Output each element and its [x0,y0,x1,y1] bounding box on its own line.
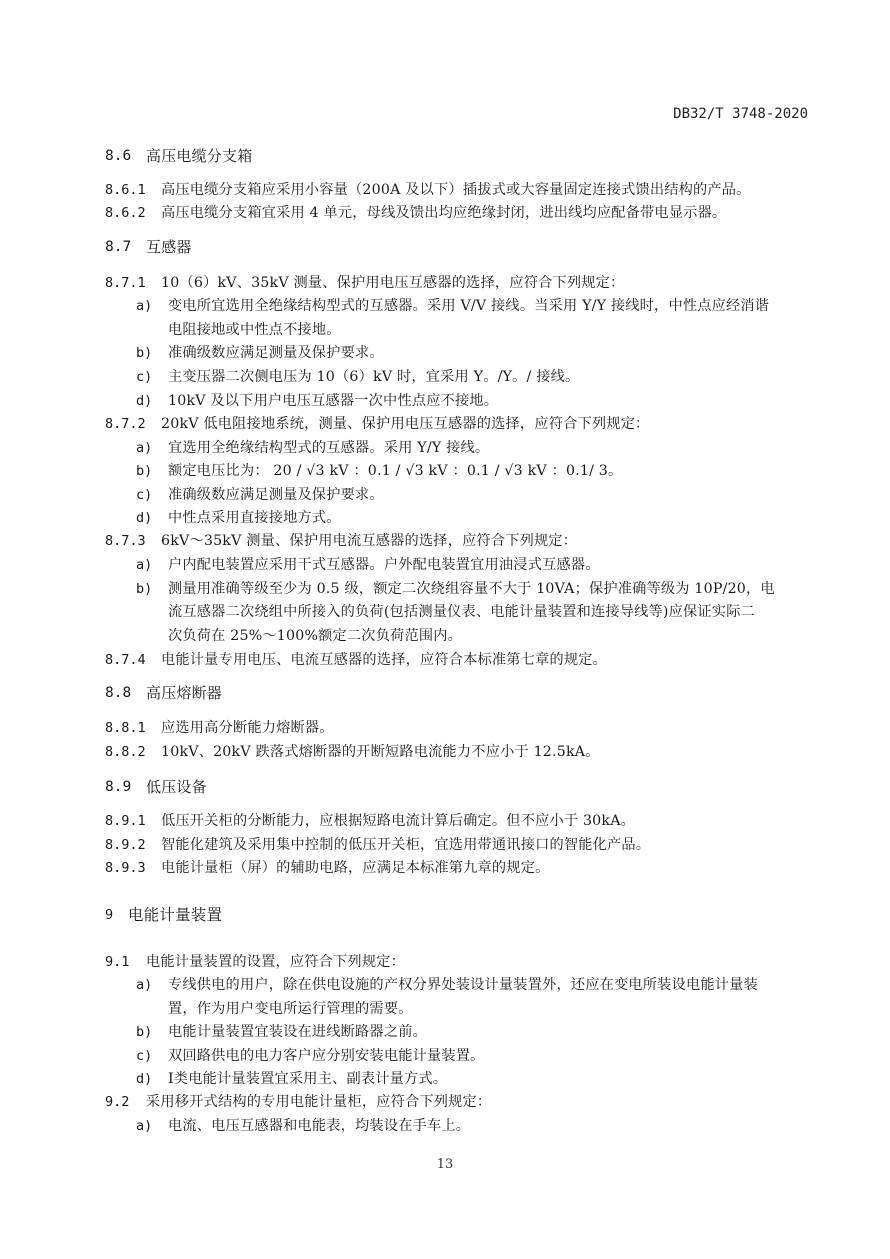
clause-number: b) [136,461,152,481]
clause-text: 高压电缆分支箱 [146,146,252,166]
clause-number: a) [136,555,152,575]
clause-text: 高压熔断器 [146,683,222,703]
clause-text: 电能计量装置 [128,905,222,925]
clause-number: d) [136,508,152,528]
clause-text: 低压设备 [146,777,207,797]
clause-text: 电能计量柜（屏）的辅助电路，应满足本标准第九章的规定。 [161,858,549,878]
clause-text: 测量用准确等级至少为 0.5 级，额定二次绕组容量不大于 10VA；保护准确等级… [168,579,775,599]
clause-text: 电流、电压互感器和电能表，均装设在手车上。 [168,1116,470,1136]
clause-number: 9.1 [105,952,129,972]
clause-number: 8.9.1 [105,811,146,831]
clause-number: 8.7.2 [105,414,146,434]
clause-text: 宜选用全绝缘结构型式的互感器。采用 Y/Y 接线。 [168,438,489,458]
clause-number: 8.9.2 [105,835,146,855]
clause-number: b) [136,579,152,599]
clause-text: 20kV 低电阻接地系统，测量、保护用电压互感器的选择，应符合下列规定： [161,414,649,434]
clause-number: 8.7 [105,237,131,257]
clause-text: 10kV 及以下用户电压互感器一次中性点应不接地。 [168,391,498,411]
clause-text: 户内配电装置应采用干式互感器。户外配电装置宜用油浸式互感器。 [168,555,600,575]
clause-text: 互感器 [146,237,192,257]
clause-number: 8.9 [105,777,131,797]
clause-text: 置，作为用户变电所运行管理的需要。 [168,999,413,1019]
clause-number: a) [136,296,152,316]
clause-number: 8.7.3 [105,531,146,551]
clause-text: 高压电缆分支箱宜采用 4 单元，母线及馈出均应绝缘封闭，进出线均应配备带电显示器… [161,203,726,223]
clause-text: 准确级数应满足测量及保护要求。 [168,343,384,363]
clause-number: 8.9.3 [105,858,146,878]
clause-text: 高压电缆分支箱应采用小容量（200A 及以下）插拔式或大容量固定连接式馈出结构的… [161,180,751,200]
clause-number: d) [136,1069,152,1089]
clause-number: 8.6 [105,146,131,166]
clause-number: 8.8.2 [105,742,146,762]
clause-number: 8.8.1 [105,718,146,738]
clause-number: c) [136,367,152,387]
clause-text: 电能计量装置的设置，应符合下列规定： [146,952,405,972]
clause-text: 电能计量装置宜装设在进线断路器之前。 [168,1022,427,1042]
clause-text: 电能计量专用电压、电流互感器的选择，应符合本标准第七章的规定。 [161,650,607,670]
clause-text: 变电所宜选用全绝缘结构型式的互感器。采用 V/V 接线。当采用 Y/Y 接线时，… [168,296,769,316]
page-number: 13 [0,1157,890,1172]
clause-number: a) [136,1116,152,1136]
clause-text: 10kV、20kV 跌落式熔断器的开断短路电流能力不应小于 12.5kA。 [161,742,600,762]
clause-number: b) [136,343,152,363]
clause-number: b) [136,1022,152,1042]
clause-text: 电阻接地或中性点不接地。 [168,320,341,340]
clause-text: 中性点采用直接接地方式。 [168,508,341,528]
clause-text: 次负荷在 25%～100%额定二次负荷范围内。 [168,626,462,646]
clause-number: c) [136,485,152,505]
clause-number: c) [136,1046,152,1066]
clause-text: 6kV～35kV 测量、保护用电流互感器的选择，应符合下列规定： [161,531,577,551]
clause-text: 专线供电的用户，除在供电设施的产权分界处装设计量装置外，还应在变电所装设电能计量… [168,975,758,995]
clause-number: 8.6.2 [105,203,146,223]
clause-text: 额定电压比为： 20 / √3 kV ：0.1 / √3 kV ：0.1 / √… [168,461,622,481]
document-id-header: DB32/T 3748-2020 [673,106,808,122]
clause-number: d) [136,391,152,411]
clause-number: 9 [105,905,113,925]
clause-text: 应选用高分断能力熔断器。 [161,718,334,738]
clause-number: a) [136,975,152,995]
clause-text: 10（6）kV、35kV 测量、保护用电压互感器的选择，应符合下列规定： [161,273,624,293]
clause-number: 8.7.4 [105,650,146,670]
clause-text: Ⅰ类电能计量装置宜采用主、副表计量方式。 [168,1069,447,1089]
clause-number: 8.8 [105,683,131,703]
clause-text: 双回路供电的电力客户应分别安装电能计量装置。 [168,1046,485,1066]
clause-number: 8.7.1 [105,273,146,293]
clause-number: a) [136,438,152,458]
clause-text: 低压开关柜的分断能力，应根据短路电流计算后确定。但不应小于 30kA。 [161,811,635,831]
clause-text: 主变压器二次侧电压为 10（6）kV 时，宜采用 Y。/Y。/ 接线。 [168,367,579,387]
clause-text: 流互感器二次绕组中所接入的负荷(包括测量仪表、电能计量装置和连接导线等)应保证实… [168,602,755,622]
clause-text: 准确级数应满足测量及保护要求。 [168,485,384,505]
clause-number: 8.6.1 [105,180,146,200]
clause-text: 采用移开式结构的专用电能计量柜，应符合下列规定： [146,1092,491,1112]
clause-number: 9.2 [105,1092,129,1112]
clause-text: 智能化建筑及采用集中控制的低压开关柜，宜选用带通讯接口的智能化产品。 [161,835,650,855]
